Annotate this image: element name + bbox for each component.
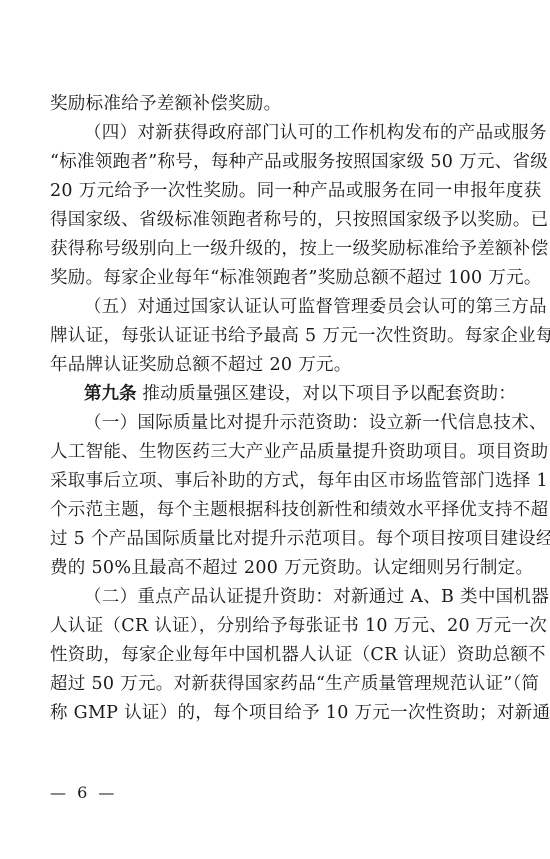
article-heading: 第九条 (84, 384, 137, 404)
text-line: 年品牌认证奖励总额不超过 20 万元。 (50, 351, 496, 380)
text-line: 奖励。每家企业每年“标准领跑者”奖励总额不超过 100 万元。 (50, 264, 496, 293)
text-line: 奖励标准给予差额补偿奖励。 (50, 90, 496, 119)
text-line: 获得称号级别向上一级升级的，按上一级奖励标准给予差额补偿 (50, 235, 496, 264)
paragraph-item-4-start: （四）对新获得政府部门认可的工作机构发布的产品或服务 (50, 119, 496, 148)
text-line: 采取事后立项、事后补助的方式，每年由区市场监管部门选择 1 (50, 467, 496, 496)
text-line: 人工智能、生物医药三大产业产品质量提升资助项目。项目资助 (50, 438, 496, 467)
text-line: 个示范主题，每个主题根据科技创新性和绩效水平择优支持不超 (50, 496, 496, 525)
article-9-line: 第九条 推动质量强区建设，对以下项目予以配套资助： (50, 380, 496, 409)
text-line: 牌认证，每张认证证书给予最高 5 万元一次性资助。每家企业每 (50, 322, 496, 351)
text-line: 费的 50%且最高不超过 200 万元资助。认定细则另行制定。 (50, 554, 496, 583)
paragraph-item-2-start: （二）重点产品认证提升资助：对新通过 A、B 类中国机器 (50, 583, 496, 612)
document-body: 奖励标准给予差额补偿奖励。 （四）对新获得政府部门认可的工作机构发布的产品或服务… (50, 90, 496, 728)
text-line: 性资助，每家企业每年中国机器人认证（CR 认证）资助总额不 (50, 641, 496, 670)
text-line: 超过 50 万元。对新获得国家药品“生产质量管理规范认证”（简 (50, 670, 496, 699)
paragraph-item-5-start: （五）对通过国家认证认可监督管理委员会认可的第三方品 (50, 293, 496, 322)
text-line: 称 GMP 认证）的，每个项目给予 10 万元一次性资助；对新通 (50, 699, 496, 728)
text-line: “标准领跑者”称号，每种产品或服务按照国家级 50 万元、省级 (50, 148, 496, 177)
article-text: 推动质量强区建设，对以下项目予以配套资助： (137, 384, 517, 404)
text-line: 过 5 个产品国际质量比对提升示范项目。每个项目按项目建设经 (50, 525, 496, 554)
text-line: 20 万元给予一次性奖励。同一种产品或服务在同一申报年度获 (50, 177, 496, 206)
paragraph-item-1-start: （一）国际质量比对提升示范资助：设立新一代信息技术、 (50, 409, 496, 438)
text-line: 得国家级、省级标准领跑者称号的，只按照国家级予以奖励。已 (50, 206, 496, 235)
page-number: — 6 — (50, 780, 117, 806)
text-line: 人认证（CR 认证），分别给予每张证书 10 万元、20 万元一次 (50, 612, 496, 641)
